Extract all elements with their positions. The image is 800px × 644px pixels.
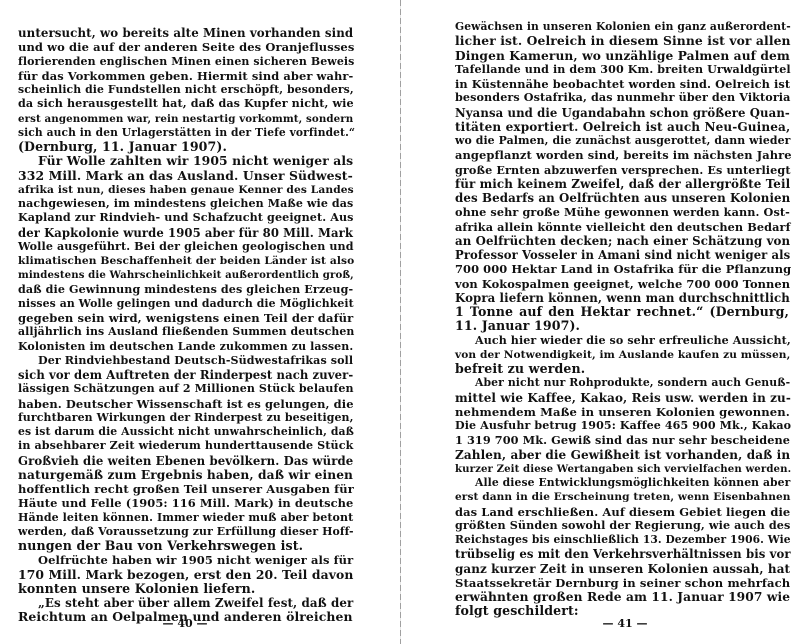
text-line: untersucht, wo bereits alte Minen vorhan… bbox=[18, 26, 352, 40]
text-line: lässigen Schätzungen auf 2 Millionen Stü… bbox=[18, 382, 352, 396]
text-line: für mich keinem Zweifel, daß der allergr… bbox=[455, 177, 789, 191]
text-line: Tafellande und in dem 300 Km. breiten Ur… bbox=[455, 63, 789, 77]
text-line: nehmendem Maße in unseren Kolonien gewon… bbox=[455, 405, 789, 419]
page-number-right: — 41 — bbox=[595, 617, 655, 630]
text-line: nisses an Wolle gelingen und dadurch die… bbox=[18, 297, 352, 311]
text-line: daß die Gewinnung mindestens des gleiche… bbox=[18, 283, 352, 297]
text-line: Kapland zur Rindvieh- und Schafzucht gee… bbox=[18, 211, 352, 225]
left-page-text: untersucht, wo bereits alte Minen vorhan… bbox=[18, 26, 352, 625]
text-line: kurzer Zeit diese Wertangaben sich vervi… bbox=[455, 462, 789, 476]
text-line: alljährlich ins Ausland fließenden Summe… bbox=[18, 325, 352, 339]
text-line: Großvieh die weiten Ebenen bevölkern. Da… bbox=[18, 454, 352, 468]
text-line: klimatischen Beschaffenheit der beiden L… bbox=[18, 254, 352, 268]
text-line: Die Ausfuhr betrug 1905: Kaffee 465 900 … bbox=[455, 419, 789, 433]
text-line: Staatssekretär Dernburg in seiner schon … bbox=[455, 576, 789, 590]
text-line: nungen der Bau von Verkehrswegen ist. bbox=[18, 539, 352, 553]
text-line: erst angenommen war, rein nestartig vork… bbox=[18, 112, 352, 126]
text-line: titäten exportiert. Oelreich ist auch Ne… bbox=[455, 120, 789, 134]
text-line: Nyansa und die Ugandabahn schon größere … bbox=[455, 106, 789, 120]
text-line: Zahlen, aber die Gewißheit ist vorhanden… bbox=[455, 448, 789, 462]
text-line: 170 Mill. Mark bezogen, erst den 20. Tei… bbox=[18, 568, 352, 582]
text-line: Kopra liefern können, wenn man durchschn… bbox=[455, 291, 789, 305]
text-line: Hände leiten können. Immer wieder muß ab… bbox=[18, 511, 352, 525]
text-line: von der Notwendigkeit, im Auslande kaufe… bbox=[455, 348, 789, 362]
text-line: Alle diese Entwicklungsmöglichkeiten kön… bbox=[455, 476, 789, 490]
text-line: licher ist. Oelreich in diesem Sinne ist… bbox=[455, 34, 789, 48]
text-line: Gewächsen in unseren Kolonien ein ganz a… bbox=[455, 20, 789, 34]
text-line: afrika ist nun, dieses haben genaue Kenn… bbox=[18, 183, 352, 197]
text-line: gegeben sein wird, wenigstens einen Teil… bbox=[18, 311, 352, 325]
right-page-text: Gewächsen in unseren Kolonien ein ganz a… bbox=[455, 20, 789, 619]
text-line: wo die Palmen, die zunächst ausgerottet,… bbox=[455, 134, 789, 148]
right-page: Gewächsen in unseren Kolonien ein ganz a… bbox=[400, 0, 800, 644]
text-line: Häute und Felle (1905: 116 Mill. Mark) i… bbox=[18, 496, 352, 510]
text-line: 11. Januar 1907). bbox=[455, 319, 789, 333]
text-line: Dingen Kamerun, wo unzählige Palmen auf … bbox=[455, 49, 789, 63]
text-line: nachgewiesen, im mindestens gleichen Maß… bbox=[18, 197, 352, 211]
text-line: es ist darum die Aussicht nicht unwahrsc… bbox=[18, 425, 352, 439]
text-line: 1 Tonne auf den Hektar rechnet.“ (Dernbu… bbox=[455, 305, 789, 319]
text-line: in absehbarer Zeit wiederum hunderttause… bbox=[18, 439, 352, 453]
text-line: da sich herausgestellt hat, daß das Kupf… bbox=[18, 97, 352, 111]
text-line: Wolle ausgeführt. Bei der gleichen geolo… bbox=[18, 240, 352, 254]
text-line: erst dann in die Erscheinung treten, wen… bbox=[455, 490, 789, 504]
text-line: ohne sehr große Mühe gewonnen werden kan… bbox=[455, 205, 789, 219]
text-line: werden, daß Voraussetzung zur Erfüllung … bbox=[18, 525, 352, 539]
text-line: das Land erschließen. Auf diesem Gebiet … bbox=[455, 505, 789, 519]
text-line: mindestens die Wahrscheinlichkeit außero… bbox=[18, 268, 352, 282]
text-line: Auch hier wieder die so sehr erfreuliche… bbox=[455, 334, 789, 348]
left-page: untersucht, wo bereits alte Minen vorhan… bbox=[0, 0, 400, 644]
text-line: sich auch in den Urlagerstätten in der T… bbox=[18, 126, 352, 140]
text-line: haben. Deutscher Wissenschaft ist es gel… bbox=[18, 397, 352, 411]
text-line: der Kapkolonie wurde 1905 aber für 80 Mi… bbox=[18, 226, 352, 240]
text-line: hoffentlich recht großen Teil unserer Au… bbox=[18, 482, 352, 496]
text-line: an Oelfrüchten decken; nach einer Schätz… bbox=[455, 234, 789, 248]
text-line: in Küstennähe beobachtet worden sind. Oe… bbox=[455, 77, 789, 91]
text-line: trübselig es mit den Verkehrsverhältniss… bbox=[455, 547, 789, 561]
text-line: Oelfrüchte haben wir 1905 nicht weniger … bbox=[18, 553, 352, 567]
text-line: Professor Vosseler in Amani sind nicht w… bbox=[455, 248, 789, 262]
text-line: 1 319 700 Mk. Gewiß sind das nur sehr be… bbox=[455, 433, 789, 447]
text-line: 332 Mill. Mark an das Ausland. Unser Süd… bbox=[18, 169, 352, 183]
text-line: „Es steht aber über allem Zweifel fest, … bbox=[18, 596, 352, 610]
text-line: mittel wie Kaffee, Kakao, Reis usw. werd… bbox=[455, 391, 789, 405]
text-line: naturgemäß zum Ergebnis haben, daß wir e… bbox=[18, 468, 352, 482]
text-line: Kolonisten im deutschen Lande zukommen z… bbox=[18, 340, 352, 354]
text-line: angepflanzt worden sind, bereits im näch… bbox=[455, 148, 789, 162]
text-line: 700 000 Hektar Land in Ostafrika für die… bbox=[455, 262, 789, 276]
text-line: furchtbaren Wirkungen der Rinderpest zu … bbox=[18, 411, 352, 425]
text-line: scheinlich die Fundstellen nicht erschöp… bbox=[18, 83, 352, 97]
text-line: große Ernten abzuwerfen versprechen. Es … bbox=[455, 163, 789, 177]
text-line: Reichstages bis einschließlich 13. Dezem… bbox=[455, 533, 789, 547]
text-line: florierenden englischen Minen einen sich… bbox=[18, 55, 352, 69]
text-line: besonders Ostafrika, das nunmehr über de… bbox=[455, 91, 789, 105]
text-line: Für Wolle zahlten wir 1905 nicht weniger… bbox=[18, 154, 352, 168]
text-line: befreit zu werden. bbox=[455, 362, 789, 376]
text-line: und wo die auf der anderen Seite des Ora… bbox=[18, 40, 352, 54]
text-line: (Dernburg, 11. Januar 1907). bbox=[18, 140, 352, 154]
text-line: des Bedarfs an Oelfrüchten aus unseren K… bbox=[455, 191, 789, 205]
text-line: größten Sünden sowohl der Regierung, wie… bbox=[455, 519, 789, 533]
text-line: ganz kurzer Zeit in unseren Kolonien aus… bbox=[455, 562, 789, 576]
text-line: sich vor dem Auftreten der Rinderpest na… bbox=[18, 368, 352, 382]
text-line: für das Vorkommen geben. Hiermit sind ab… bbox=[18, 69, 352, 83]
text-line: Aber nicht nur Rohprodukte, sondern auch… bbox=[455, 376, 789, 390]
page-number-left: — 40 — bbox=[155, 617, 215, 630]
text-line: Der Rindviehbestand Deutsch-Südwestafrik… bbox=[18, 354, 352, 368]
text-line: afrika allein könnte vielleicht den deut… bbox=[455, 220, 789, 234]
text-line: erwähnten großen Rede am 11. Januar 1907… bbox=[455, 590, 789, 604]
text-line: von Kokospalmen geeignet, welche 700 000… bbox=[455, 277, 789, 291]
text-line: konnten unsere Kolonien liefern. bbox=[18, 582, 352, 596]
